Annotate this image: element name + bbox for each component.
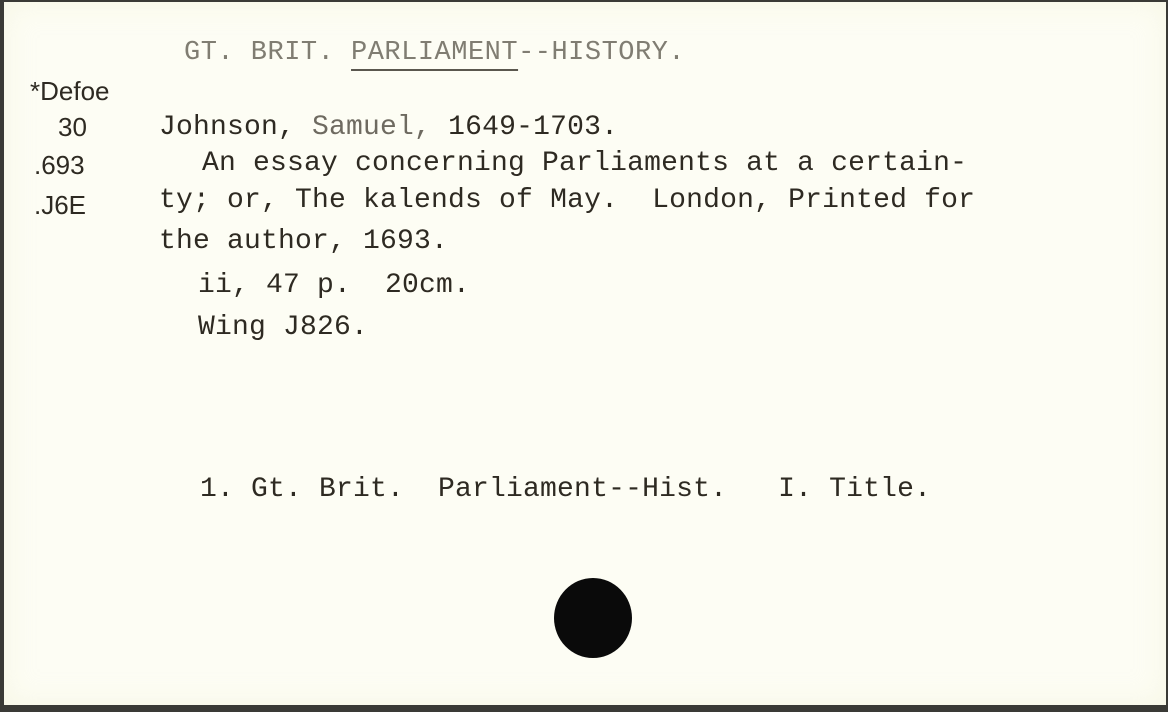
title-line-3: the author, 1693.: [159, 228, 448, 256]
tracings: 1. Gt. Brit. Parliament--Hist. I. Title.: [200, 476, 931, 504]
title-line-1: An essay concerning Parliaments at a cer…: [202, 150, 967, 178]
author-surname: Johnson,: [159, 112, 312, 143]
author-dates: 1649-1703.: [448, 112, 618, 143]
punch-hole: [554, 578, 632, 658]
call-number-line-2: 30: [58, 114, 87, 140]
call-number-line-4: .J6E: [34, 192, 86, 218]
subject-heading-prefix: GT. BRIT.: [184, 38, 351, 68]
catalog-card: GT. BRIT. PARLIAMENT--HISTORY. *Defoe 30…: [4, 2, 1166, 705]
subject-heading-suffix: --HISTORY.: [518, 38, 685, 68]
call-number-line-1: *Defoe: [30, 78, 110, 104]
call-number-line-3: .693: [34, 152, 85, 178]
subject-heading-underlined: PARLIAMENT: [351, 38, 518, 68]
title-line-2: ty; or, The kalends of May. London, Prin…: [159, 187, 975, 215]
bibliographic-note: Wing J826.: [198, 314, 368, 342]
author-entry: Johnson, Samuel, 1649-1703.: [159, 114, 618, 142]
collation: ii, 47 p. 20cm.: [198, 272, 470, 300]
subject-heading: GT. BRIT. PARLIAMENT--HISTORY.: [184, 40, 685, 67]
author-given-name: Samuel,: [312, 112, 448, 143]
